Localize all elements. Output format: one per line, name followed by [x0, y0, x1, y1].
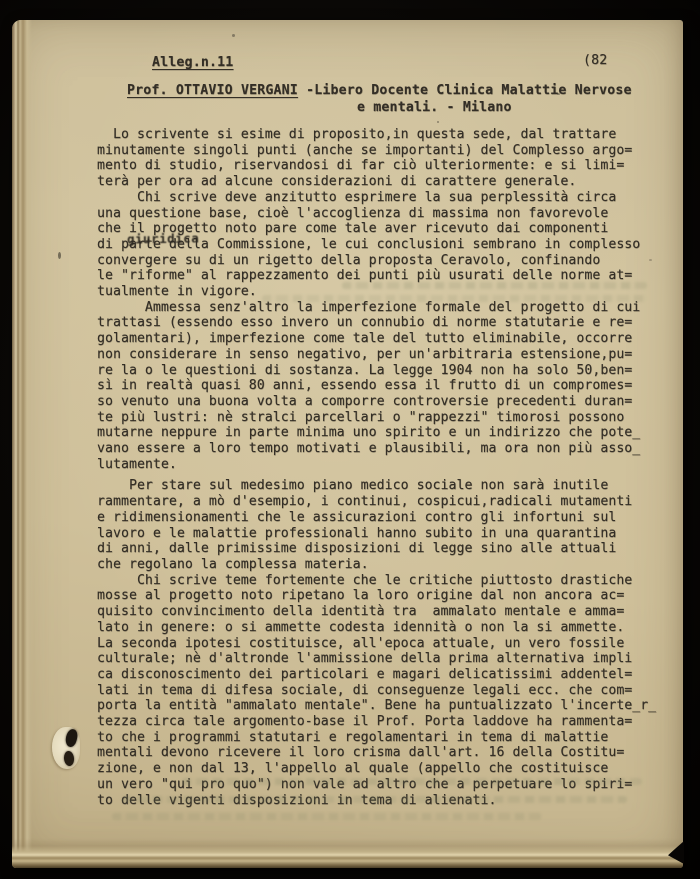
body-text: Lo scrivente si esime di proposito,in qu…	[97, 127, 657, 808]
annex-label: Alleg.n.11	[152, 55, 233, 70]
typewritten-page: Alleg.n.11 (82 Prof. OTTAVIO VERGANI -Li…	[12, 20, 683, 868]
interlinear-insertion: giuridica	[127, 230, 199, 246]
ink-speck	[58, 252, 61, 259]
document-title-line2: e mentali. - Milano	[357, 100, 512, 115]
author-name: Prof. OTTAVIO VERGANI	[127, 83, 298, 98]
bleedthrough-smudge	[262, 295, 647, 302]
dust-speck	[437, 121, 439, 123]
dust-speck	[649, 259, 652, 261]
bleedthrough-smudge	[122, 796, 627, 803]
dust-speck	[557, 93, 560, 95]
paragraph-1: Lo scrivente si esime di proposito,in qu…	[97, 127, 657, 190]
paragraph-5: Chi scrive teme fortemente che le critic…	[97, 573, 657, 809]
paragraph-3: Ammessa senz'altro la imperfezione forma…	[97, 300, 657, 473]
paragraph-4: Per stare sul medesimo piano medico soci…	[97, 478, 657, 572]
scanned-document-background: Alleg.n.11 (82 Prof. OTTAVIO VERGANI -Li…	[0, 0, 700, 879]
dust-speck	[232, 34, 235, 37]
bleedthrough-smudge	[182, 778, 642, 785]
bleedthrough-smudge	[342, 282, 647, 289]
document-title: Prof. OTTAVIO VERGANI -Libero Docente Cl…	[127, 83, 632, 98]
bleedthrough-smudge	[112, 813, 542, 820]
page-number: (82	[583, 53, 607, 68]
author-credentials: -Libero Docente Clinica Malattie Nervose	[298, 83, 632, 98]
